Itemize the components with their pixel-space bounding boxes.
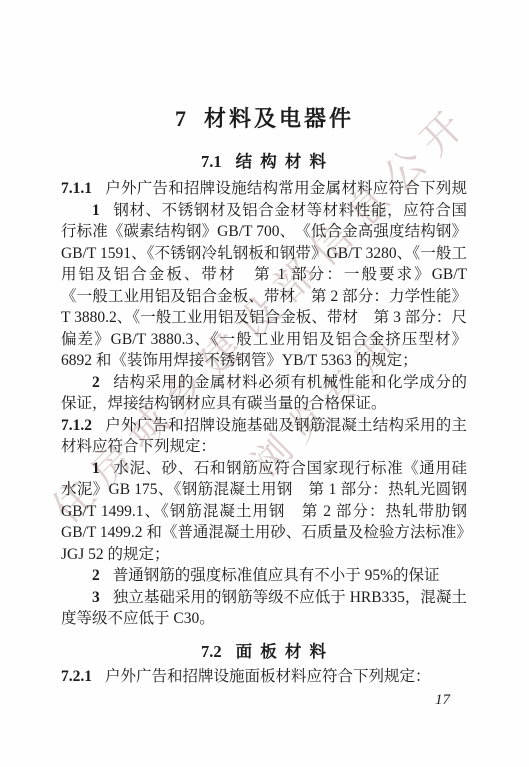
text-line: 《一般工业用铝及铝合金板、带材 第 2 部分：力学性能》GB/	[61, 286, 467, 308]
line-text: 户外广告和招牌设施面板材料应符合下列规定：	[105, 668, 431, 685]
text-line: 保证，焊接结构钢材应具有碳当量的合格保证。	[61, 393, 467, 415]
line-text: JGJ 52 的规定；	[61, 546, 170, 563]
section-72-body: 7.2.1户外广告和招牌设施面板材料应符合下列规定：	[61, 666, 467, 688]
line-text: 普通钢筋的强度标准值应具有不小于 95%的保证率；	[92, 567, 440, 587]
section-number: 7.2	[201, 642, 222, 661]
clause-number: 7.1.1	[61, 180, 92, 197]
text-line: 2结构采用的金属材料必须有机械性能和化学成分的合格	[61, 372, 467, 394]
clause-number: 2	[92, 374, 100, 391]
line-text: 《一般工业用铝及铝合金板、带材 第 2 部分：力学性能》GB/	[61, 288, 467, 308]
text-line: 1钢材、不锈钢材及铝合金材等材料性能，应符合国家现	[61, 200, 467, 222]
chapter-number: 7	[175, 106, 186, 131]
line-text: 用铝及铝合金板、带材 第 1 部分：一般要求》GB/T 3880.1、	[61, 266, 467, 286]
text-line: 行标准《碳素结构钢》GB/T 700、 《低合金高强度结构钢》	[61, 221, 467, 243]
line-text: 度等级不应低于 C30。	[61, 610, 215, 627]
clause-number: 1	[92, 202, 100, 219]
chapter-title: 材料及电器件	[204, 106, 354, 131]
clause-number: 1	[92, 460, 100, 477]
text-line: 2普通钢筋的强度标准值应具有不小于 95%的保证率；	[61, 565, 467, 587]
line-text: 水泥》GB 175、《钢筋混凝土用钢 第 1 部分：热轧光圆钢筋》	[61, 481, 467, 501]
clause-number: 7.1.2	[61, 417, 92, 434]
text-line: 水泥》GB 175、《钢筋混凝土用钢 第 1 部分：热轧光圆钢筋》	[61, 479, 467, 501]
text-line: 7.1.1户外广告和招牌设施结构常用金属材料应符合下列规定：	[61, 178, 467, 200]
text-line: 偏差》GB/T 3880.3、《一般工业用铝及铝合金挤压型材》GB/T	[61, 329, 467, 351]
text-line: GB/T 1499.1、《钢筋混凝土用钢 第 2 部分：热轧带肋钢筋》	[61, 501, 467, 523]
text-line: 7.2.1户外广告和招牌设施面板材料应符合下列规定：	[61, 666, 467, 688]
text-line: 7.1.2户外广告和招牌设施基础及钢筋混凝土结构采用的主要	[61, 415, 467, 437]
section-71-body: 7.1.1户外广告和招牌设施结构常用金属材料应符合下列规定：1钢材、不锈钢材及铝…	[61, 178, 467, 630]
line-text: 保证，焊接结构钢材应具有碳当量的合格保证。	[61, 395, 387, 412]
text-line: 3独立基础采用的钢筋等级不应低于 HRB335，混凝土强	[61, 587, 467, 609]
line-text: 材料应符合下列规定：	[61, 438, 216, 455]
line-text: 结构采用的金属材料必须有机械性能和化学成分的合格	[92, 374, 467, 394]
line-text: GB/T 1591、《不锈钢冷轧钢板和钢带》GB/T 3280、《一般工业	[61, 245, 467, 265]
line-text: GB/T 1499.2 和《普通混凝土用砂、石质量及检验方法标准》	[61, 524, 467, 541]
text-line: 6892 和《装饰用焊接不锈钢管》YB/T 5363 的规定；	[61, 350, 467, 372]
line-text: 户外广告和招牌设施结构常用金属材料应符合下列规定：	[61, 180, 467, 200]
text-line: GB/T 1591、《不锈钢冷轧钢板和钢带》GB/T 3280、《一般工业	[61, 243, 467, 265]
clause-number: 2	[92, 567, 100, 584]
line-text: 钢材、不锈钢材及铝合金材等材料性能，应符合国家现	[92, 202, 467, 222]
line-text: 偏差》GB/T 3880.3、《一般工业用铝及铝合金挤压型材》GB/T	[61, 331, 467, 351]
section-title: 面 板 材 料	[236, 642, 328, 661]
line-text: 户外广告和招牌设施基础及钢筋混凝土结构采用的主要	[61, 417, 467, 437]
line-text: 6892 和《装饰用焊接不锈钢管》YB/T 5363 的规定；	[61, 352, 418, 369]
text-line: GB/T 1499.2 和《普通混凝土用砂、石质量及检验方法标准》	[61, 522, 467, 544]
section-number: 7.1	[201, 152, 222, 171]
line-text: T 3880.2、《一般工业用铝及铝合金板、带材 第 3 部分：尺寸	[61, 309, 467, 329]
text-line: 材料应符合下列规定：	[61, 436, 467, 458]
section-heading-72: 7.2面 板 材 料	[0, 638, 529, 662]
document-page: 住房城乡建设部信息公开 浏览专用 7材料及电器件 7.1结 构 材 料 7.1.…	[0, 0, 529, 767]
text-line: T 3880.2、《一般工业用铝及铝合金板、带材 第 3 部分：尺寸	[61, 307, 467, 329]
section-heading-71: 7.1结 构 材 料	[0, 148, 529, 172]
section-title: 结 构 材 料	[236, 152, 328, 171]
text-line: 用铝及铝合金板、带材 第 1 部分：一般要求》GB/T 3880.1、	[61, 264, 467, 286]
line-text: 水泥、砂、石和钢筋应符合国家现行标准《通用硅酸盐	[92, 460, 467, 480]
text-line: 1水泥、砂、石和钢筋应符合国家现行标准《通用硅酸盐	[61, 458, 467, 480]
page-number: 17	[435, 692, 450, 709]
chapter-heading: 7材料及电器件	[0, 102, 529, 133]
text-line: JGJ 52 的规定；	[61, 544, 467, 566]
line-text: 独立基础采用的钢筋等级不应低于 HRB335，混凝土强	[92, 589, 467, 609]
clause-number: 3	[92, 589, 100, 606]
text-line: 度等级不应低于 C30。	[61, 608, 467, 630]
line-text: 行标准《碳素结构钢》GB/T 700、 《低合金高强度结构钢》	[61, 223, 467, 240]
line-text: GB/T 1499.1、《钢筋混凝土用钢 第 2 部分：热轧带肋钢筋》	[61, 503, 467, 523]
clause-number: 7.2.1	[61, 668, 92, 685]
